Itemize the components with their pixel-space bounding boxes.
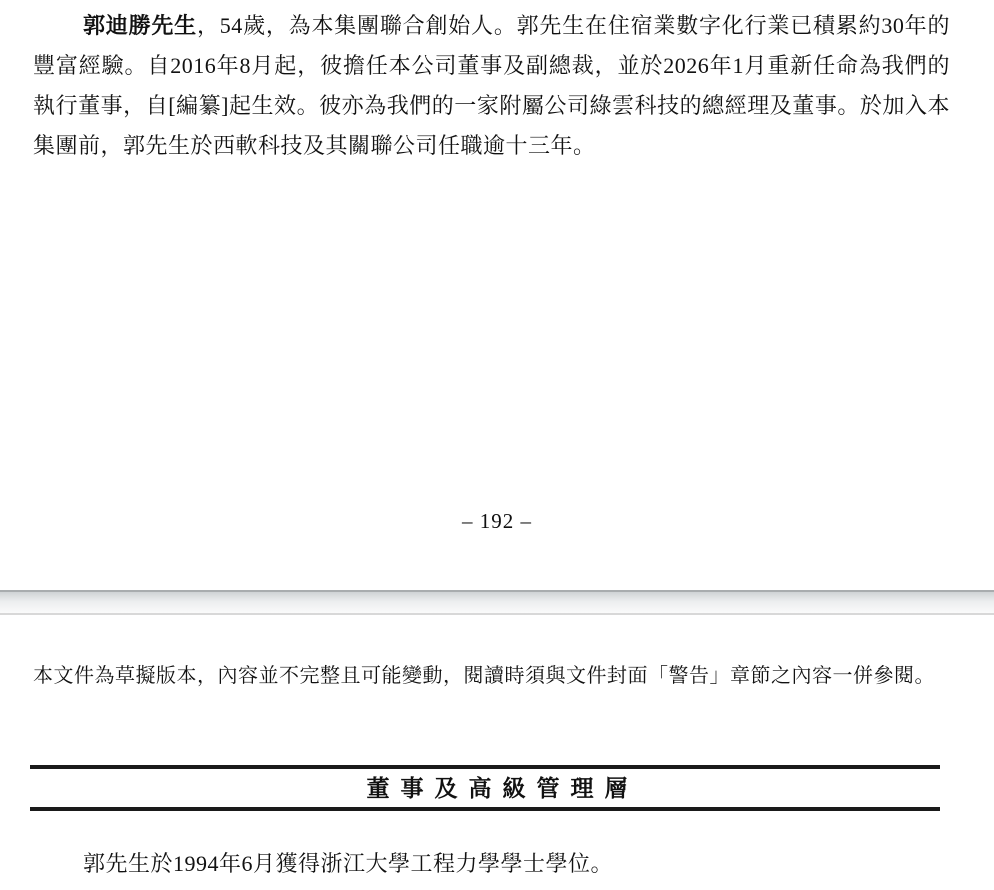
page-separator (0, 590, 994, 615)
person-name: 郭迪勝先生 (83, 13, 197, 38)
draft-disclaimer: 本文件為草擬版本，內容並不完整且可能變動，閱讀時須與文件封面「警告」章節之內容一… (33, 661, 943, 691)
bio-paragraph: 郭迪勝先生，54歲，為本集團聯合創始人。郭先生在住宿業數字化行業已積累約30年的… (33, 6, 950, 166)
pdf-page-192: 郭迪勝先生，54歲，為本集團聯合創始人。郭先生在住宿業數字化行業已積累約30年的… (0, 0, 994, 590)
pdf-page-193: 本文件為草擬版本，內容並不完整且可能變動，閱讀時須與文件封面「警告」章節之內容一… (0, 615, 994, 890)
section-header-rule-bottom (30, 807, 940, 811)
section-header-rule-top (30, 765, 940, 769)
page-number: – 192 – (0, 509, 994, 533)
education-paragraph: 郭先生於1994年6月獲得浙江大學工程力學學士學位。 (33, 844, 950, 884)
section-header: 董事及高級管理層 (0, 773, 994, 805)
document-viewport: 郭迪勝先生，54歲，為本集團聯合創始人。郭先生在住宿業數字化行業已積累約30年的… (0, 0, 994, 890)
